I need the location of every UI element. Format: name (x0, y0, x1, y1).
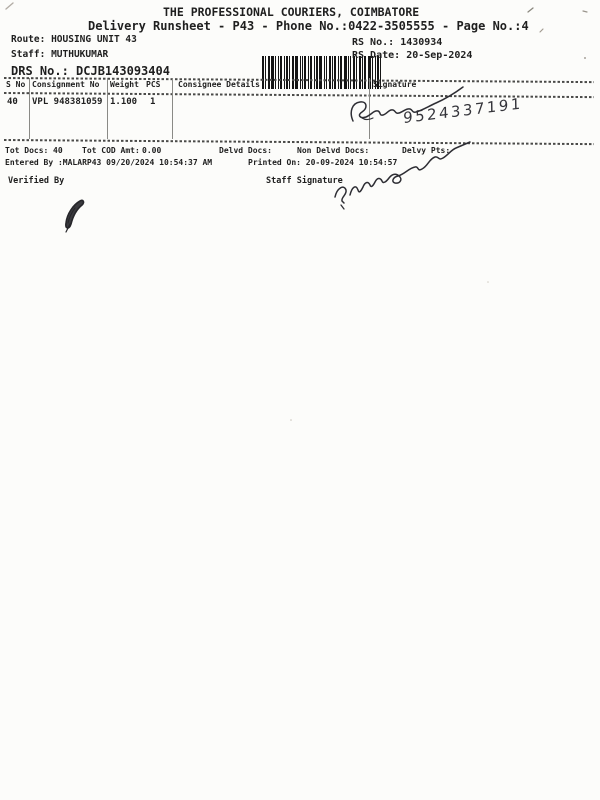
rs-no-value: 1430934 (400, 37, 442, 48)
col-header-consignee: Consignee Details (178, 80, 260, 89)
table-bottom-rule (4, 139, 594, 145)
col-header-signature: Signature (373, 80, 416, 89)
tot-cod-amt-value: 0.00 (142, 146, 161, 155)
drs-value: DCJB143093404 (76, 64, 170, 78)
delvy-pts-label: Delvy Pts: (402, 146, 450, 155)
table-col-divider (369, 78, 370, 139)
rs-no-label: RS No.: (352, 37, 394, 48)
staff-value: MUTHUKUMAR (51, 49, 108, 60)
col-header-consignment: Consignment No (32, 80, 99, 89)
rs-date-line: RS Date: 20-Sep-2024 (352, 50, 472, 61)
drs-label: DRS No.: (11, 64, 69, 78)
table-col-divider (29, 78, 30, 139)
route-label: Route: (11, 34, 45, 45)
printed-on-line: Printed On: 20-09-2024 10:54:57 (248, 158, 397, 167)
tot-docs-label: Tot Docs: (5, 146, 48, 155)
delvd-docs-label: Delvd Docs: (219, 146, 272, 155)
scanned-delivery-runsheet: THE PROFESSIONAL COURIERS, COIMBATORE De… (0, 0, 600, 800)
col-header-pcs: PCS (146, 80, 160, 89)
table-col-divider (172, 78, 173, 139)
page-title: THE PROFESSIONAL COURIERS, COIMBATORE (163, 5, 419, 19)
route-value: HOUSING UNIT 43 (51, 34, 137, 45)
route-line: Route: HOUSING UNIT 43 (11, 34, 137, 45)
cell-sno: 40 (7, 97, 18, 107)
cell-consignment: VPL 948381059 (32, 97, 102, 107)
staff-signature-label: Staff Signature (266, 176, 343, 186)
rs-date-label: RS Date: (352, 50, 400, 61)
col-header-weight: Weight (110, 80, 139, 89)
tot-cod-amt-label: Tot COD Amt: (82, 146, 140, 155)
tot-docs-value: 40 (53, 146, 63, 155)
drs-line: DRS No.: DCJB143093404 (11, 64, 170, 78)
col-header-sno: S No (6, 80, 25, 89)
page-subtitle: Delivery Runsheet - P43 - Phone No.:0422… (88, 19, 529, 33)
cell-pcs: 1 (150, 97, 155, 107)
cell-weight: 1.100 (110, 97, 137, 107)
consignee-phone-handwritten: 9524337191 (403, 94, 523, 127)
table-col-divider (107, 78, 108, 139)
staff-label: Staff: (11, 49, 45, 60)
entered-by-line: Entered By :MALARP43 09/20/2024 10:54:37… (5, 158, 212, 167)
non-delvd-docs-label: Non Delvd Docs: (297, 146, 369, 155)
barcode (223, 37, 347, 70)
staff-line: Staff: MUTHUKUMAR (11, 49, 108, 60)
verified-by-pen-mark (66, 200, 84, 232)
verified-by-label: Verified By (8, 176, 64, 186)
rs-no-line: RS No.: 1430934 (352, 37, 442, 48)
rs-date-value: 20-Sep-2024 (406, 50, 472, 61)
